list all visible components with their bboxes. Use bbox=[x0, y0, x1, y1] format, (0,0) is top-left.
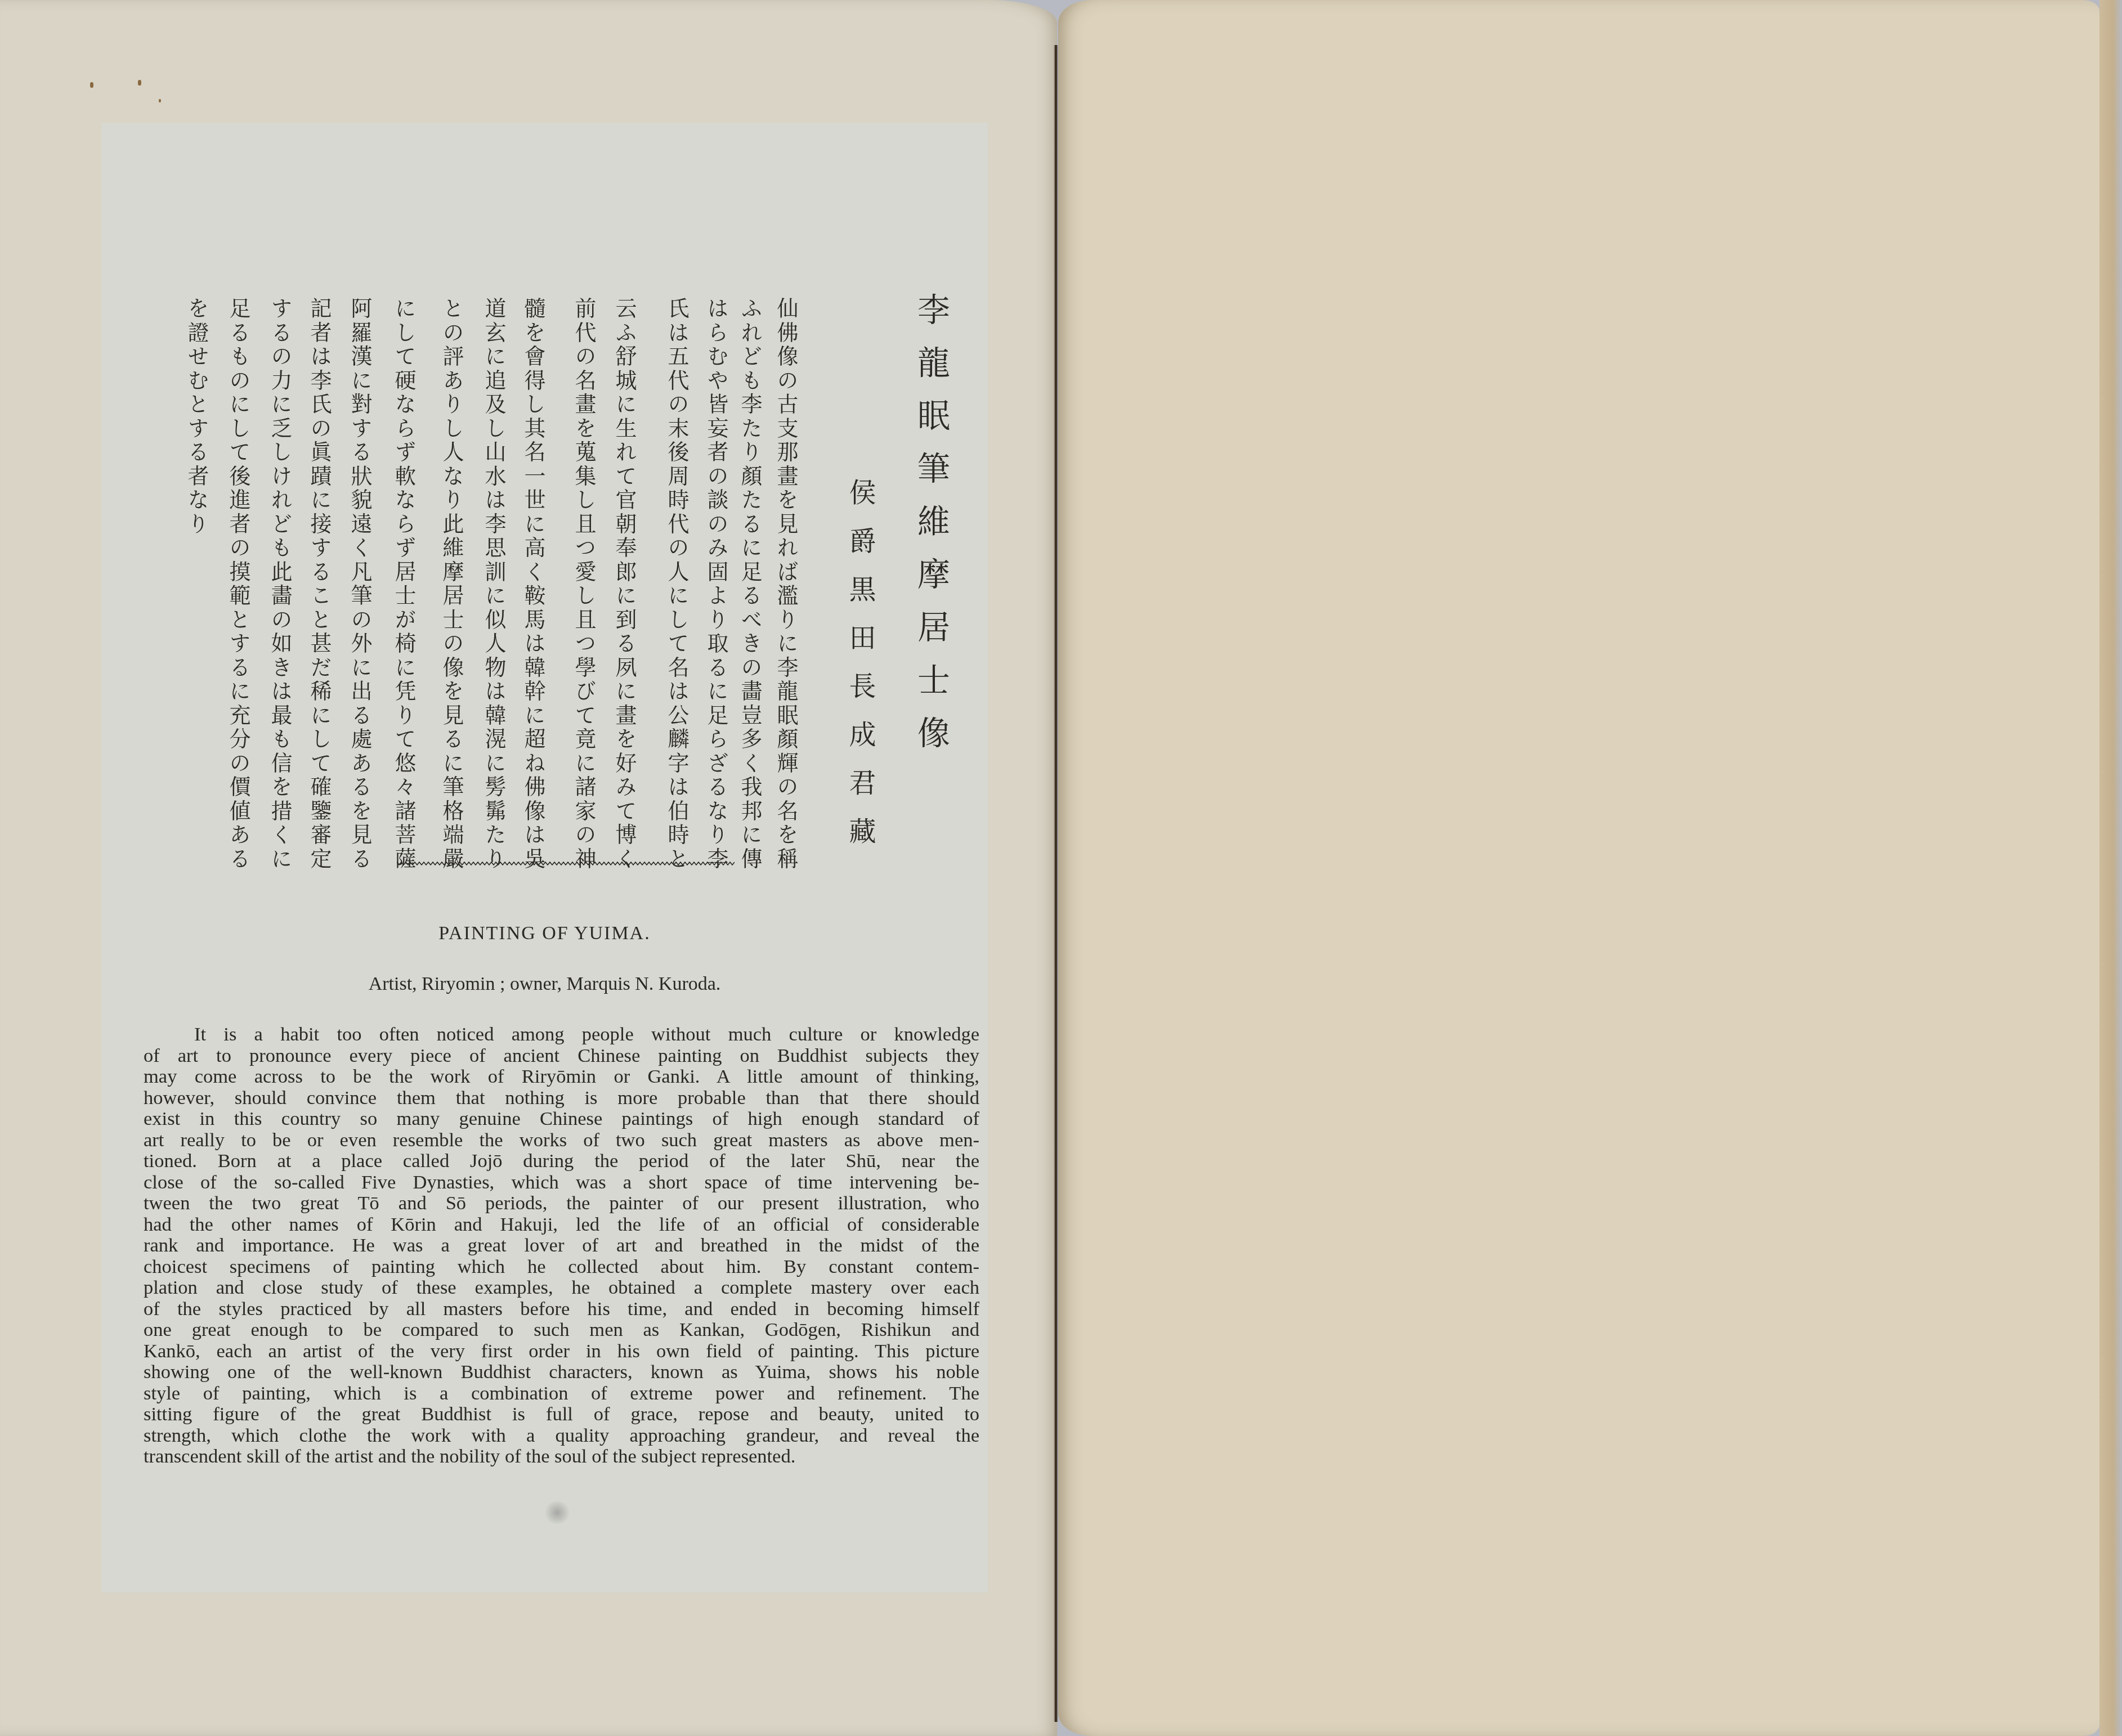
japanese-body-column: 前代の名畫を蒐集し且つ愛し且つ學びて竟に諸家の神 bbox=[568, 297, 599, 871]
japanese-body-column: 記者は李氏の眞蹟に接すること甚だ稀にして確鑒審定 bbox=[304, 297, 335, 871]
body-line: had the other names of Kōrin and Hakuji,… bbox=[144, 1214, 979, 1236]
japanese-body-column: 足るものにして後進者の摸範とするに充分の價値ある bbox=[223, 297, 254, 871]
japanese-body-column: 道玄に追及し山水は李思訓に似人物は韓滉に髣髴たり bbox=[478, 297, 509, 871]
body-line: tween the two great Tō and Sō periods, t… bbox=[144, 1193, 979, 1214]
wavy-divider bbox=[397, 860, 735, 867]
body-line: of the styles practiced by all masters b… bbox=[144, 1299, 979, 1320]
body-line: however, should convince them that nothi… bbox=[144, 1088, 979, 1109]
japanese-body-column: 阿羅漢に對する狀貌遠く凡筆の外に出る處あるを見る bbox=[344, 297, 375, 871]
page-edges bbox=[2099, 0, 2122, 1736]
body-line: tioned. Born at a place called Jojō duri… bbox=[144, 1151, 979, 1172]
japanese-body-column: を證せむとする者なり bbox=[181, 297, 212, 536]
body-line: style of painting, which is a combinatio… bbox=[144, 1383, 979, 1405]
body-line: art really to be or even resemble the wo… bbox=[144, 1130, 979, 1151]
body-line: one great enough to be compared to such … bbox=[144, 1320, 979, 1341]
body-line: Kankō, each an artist of the very first … bbox=[144, 1341, 979, 1362]
paper-speck bbox=[138, 80, 141, 86]
japanese-attribution: 侯爵黒田長成君藏 bbox=[841, 478, 880, 865]
body-line: plation and close study of these example… bbox=[144, 1277, 979, 1299]
japanese-body-column: ふれども李たり顏たるに足るべきの畵豈多く我邦に傳 bbox=[735, 297, 765, 871]
paper-speck bbox=[90, 82, 93, 88]
body-line: may come across to be the work of Riryōm… bbox=[144, 1066, 979, 1088]
english-title: PAINTING OF YUIMA. bbox=[101, 923, 988, 944]
ink-smudge bbox=[543, 1501, 571, 1524]
japanese-body-column: にして硬ならず軟ならず居士が椅に凭りて悠々諸菩薩 bbox=[388, 297, 419, 871]
japanese-body-column: との評ありし人なり此維摩居士の像を見るに筆格端嚴 bbox=[436, 297, 467, 871]
japanese-body-column: するの力に乏しけれども此畵の如きは最も信を措くに bbox=[265, 297, 296, 871]
body-line: exist in this country so many genuine Ch… bbox=[144, 1109, 979, 1130]
english-subtitle: Artist, Riryomin ; owner, Marquis N. Kur… bbox=[101, 974, 988, 995]
japanese-body-column: はらむや皆妄者の談のみ固より取るに足らざるなり李 bbox=[701, 297, 732, 871]
english-body: It is a habit too often noticed among pe… bbox=[144, 1024, 979, 1468]
paper-speck bbox=[159, 99, 161, 102]
body-line: strength, which clothe the work with a q… bbox=[144, 1425, 979, 1447]
japanese-title: 李龍眠筆維摩居士像 bbox=[907, 293, 955, 769]
japanese-body-column: 仙佛像の古支那畫を見れば濫りに李龍眠顏輝の名を稱 bbox=[771, 297, 802, 871]
book-gutter bbox=[1054, 45, 1058, 1722]
body-line: It is a habit too often noticed among pe… bbox=[144, 1024, 979, 1046]
body-line: choicest specimens of painting which he … bbox=[144, 1257, 979, 1278]
japanese-body-column: 髓を會得し其名一世に高く鞍馬は韓幹に超ね佛像は吳 bbox=[518, 297, 549, 871]
japanese-body-column: 云ふ舒城に生れて官朝奉郎に到る夙に畫を好みて博く bbox=[609, 297, 640, 871]
body-line: showing one of the well-known Buddhist c… bbox=[144, 1362, 979, 1383]
japanese-body-column: 氏は五代の末後周時代の人にして名は公麟字は伯時と bbox=[661, 297, 692, 871]
left-page: 李龍眠筆維摩居士像 侯爵黒田長成君藏 仙佛像の古支那畫を見れば濫りに李龍眠顏輝の… bbox=[0, 0, 1057, 1736]
body-line: of art to pronounce every piece of ancie… bbox=[144, 1046, 979, 1067]
body-line: sitting figure of the great Buddhist is … bbox=[144, 1404, 979, 1425]
right-page bbox=[1058, 0, 2099, 1736]
body-line: close of the so-called Five Dynasties, w… bbox=[144, 1172, 979, 1194]
body-line: transcendent skill of the artist and the… bbox=[144, 1446, 979, 1468]
body-line: rank and importance. He was a great love… bbox=[144, 1235, 979, 1257]
